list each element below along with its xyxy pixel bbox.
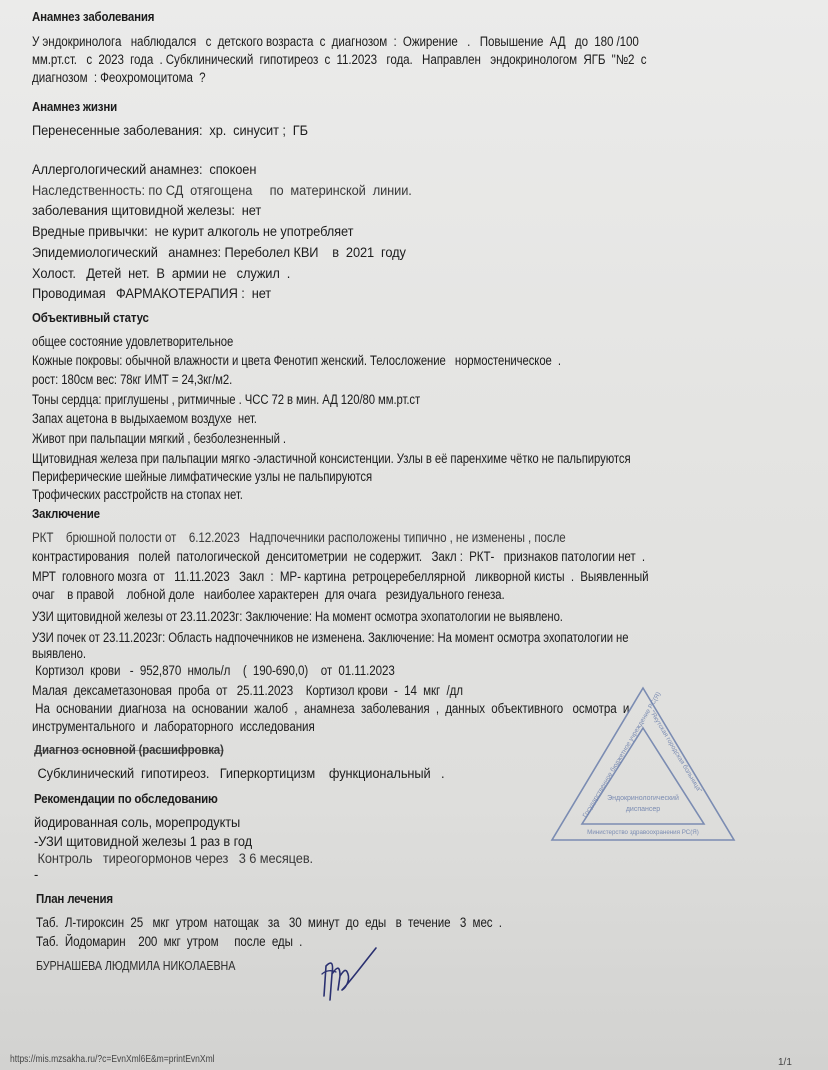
recommendation-line: йодированная соль, морепродукты (34, 815, 240, 830)
objective-status-line: Запах ацетона в выдыхаемом воздухе нет. (32, 411, 257, 426)
anamnesis-life-line: заболевания щитовидной железы: нет (32, 203, 261, 218)
conclusion-line: контрастирования полей патологической де… (32, 549, 645, 564)
stamp-bottom-text: Министерство здравоохранения РС(Я) (587, 829, 699, 836)
institution-stamp-icon: Государственное бюджетное учреждение РС(… (548, 684, 738, 846)
conclusion-line: МРТ головного мозга от 11.11.2023 Закл :… (32, 569, 649, 584)
anamnesis-life-line: Эпидемиологический анамнез: Переболел КВ… (32, 245, 406, 260)
objective-status-line: Щитовидная железа при пальпации мягко -э… (32, 451, 631, 466)
anamnesis-disease-line: мм.рт.ст. с 2023 года . Субклинический г… (32, 52, 646, 67)
anamnesis-disease-line: диагнозом : Феохромоцитома ? (32, 70, 206, 85)
conclusion-line: очаг в правой лобной доле наиболее харак… (32, 587, 505, 602)
objective-status-line: Кожные покровы: обычной влажности и цвет… (32, 353, 561, 368)
conclusion-line: УЗИ почек от 23.11.2023г: Область надпоч… (32, 630, 628, 645)
objective-status-line: Живот при пальпации мягкий , безболезнен… (32, 431, 286, 446)
heading-diagnosis: Диагноз основной (расшифровка) (34, 743, 224, 757)
heading-treatment-plan: План лечения (36, 892, 113, 906)
objective-status-line: Периферические шейные лимфатические узлы… (32, 469, 372, 484)
stamp-center-text-2: диспансер (626, 806, 660, 813)
medical-document-page: Анамнез заболевания У эндокринолога набл… (0, 0, 828, 1070)
conclusion-line: УЗИ щитовидной железы от 23.11.2023г: За… (32, 609, 563, 624)
conclusion-line: На основании диагноза на основании жалоб… (32, 701, 629, 716)
conclusion-line: инструментального и лабораторного исслед… (32, 719, 315, 734)
anamnesis-life-line: Перенесенные заболевания: хр. синусит ; … (32, 123, 308, 138)
treatment-line: Таб. Йодомарин 200 мкг утром после еды . (36, 934, 302, 949)
page-number: 1/1 (778, 1057, 792, 1068)
stamp-center-text-1: Эндокринологический (607, 794, 679, 802)
conclusion-line-dexamethasone: Малая дексаметазоновая проба от 25.11.20… (32, 683, 463, 698)
doctor-name: БУРНАШЕВА ЛЮДМИЛА НИКОЛАЕВНА (36, 959, 235, 973)
anamnesis-life-line: Вредные привычки: не курит алкоголь не у… (32, 224, 353, 239)
heading-conclusion: Заключение (32, 507, 100, 521)
diagnosis-line: Субклинический гипотиреоз. Гиперкортициз… (34, 766, 444, 781)
objective-status-line: Тоны сердца: приглушены , ритмичные . ЧС… (32, 392, 420, 407)
recommendation-line: - (34, 867, 38, 882)
conclusion-line-cortisol: Кортизол крови - 952,870 нмоль/л ( 190-6… (32, 663, 395, 678)
heading-recommendations: Рекомендации по обследованию (34, 792, 218, 806)
heading-anamnesis-disease: Анамнез заболевания (32, 10, 154, 24)
heading-objective-status: Объективный статус (32, 311, 149, 325)
anamnesis-life-line: Холост. Детей нет. В армии не служил . (32, 266, 290, 281)
footer-url: https://mis.mzsakha.ru/?c=EvnXml6E&m=pri… (10, 1054, 215, 1065)
conclusion-line: выявлено. (32, 646, 86, 661)
signature-icon (316, 944, 386, 1004)
anamnesis-life-line: Наследственность: по СД отягощена по мат… (32, 183, 412, 198)
anamnesis-disease-line: У эндокринолога наблюдался с детского во… (32, 34, 639, 49)
anamnesis-life-line: Аллергологический анамнез: спокоен (32, 162, 256, 177)
recommendation-line: Контроль тиреогормонов через 3 6 месяцев… (34, 851, 313, 866)
recommendation-line: -УЗИ щитовидной железы 1 раз в год (34, 834, 252, 849)
objective-status-line: Трофических расстройств на стопах нет. (32, 487, 243, 502)
objective-status-line: рост: 180см вес: 78кг ИМТ = 24,3кг/м2. (32, 372, 232, 387)
objective-status-line: общее состояние удовлетворительное (32, 334, 233, 349)
conclusion-line: РКТ брюшной полости от 6.12.2023 Надпоче… (32, 530, 566, 545)
heading-anamnesis-life: Анамнез жизни (32, 100, 117, 114)
treatment-line: Таб. Л-тироксин 25 мкг утром натощак за … (36, 915, 502, 930)
anamnesis-life-line: Проводимая ФАРМАКОТЕРАПИЯ : нет (32, 286, 271, 301)
